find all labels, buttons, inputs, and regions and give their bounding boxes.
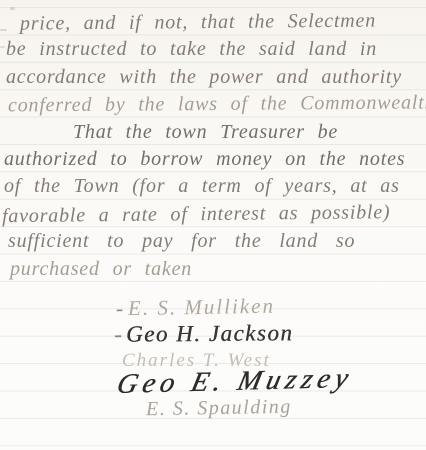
dash-mark: - bbox=[116, 296, 128, 321]
signature-name: E. S. Mulliken bbox=[128, 294, 275, 321]
signature-name: E. S. Spaulding bbox=[146, 396, 292, 421]
signature-block: -E. S. Mulliken -Geo H. Jackson Charles … bbox=[0, 0, 426, 450]
signature-jackson: -Geo H. Jackson bbox=[114, 320, 293, 348]
dash-mark: - bbox=[114, 322, 126, 348]
signature-spaulding: E. S. Spaulding bbox=[146, 396, 292, 422]
signature-name: Geo E. Muzzey bbox=[114, 363, 356, 400]
signature-name: Geo H. Jackson bbox=[126, 320, 293, 346]
signature-muzzey: Geo E. Muzzey bbox=[114, 363, 356, 401]
manuscript-page: price, and if not, that the Selectmen be… bbox=[0, 0, 426, 450]
signature-mulliken: -E. S. Mulliken bbox=[116, 294, 275, 322]
